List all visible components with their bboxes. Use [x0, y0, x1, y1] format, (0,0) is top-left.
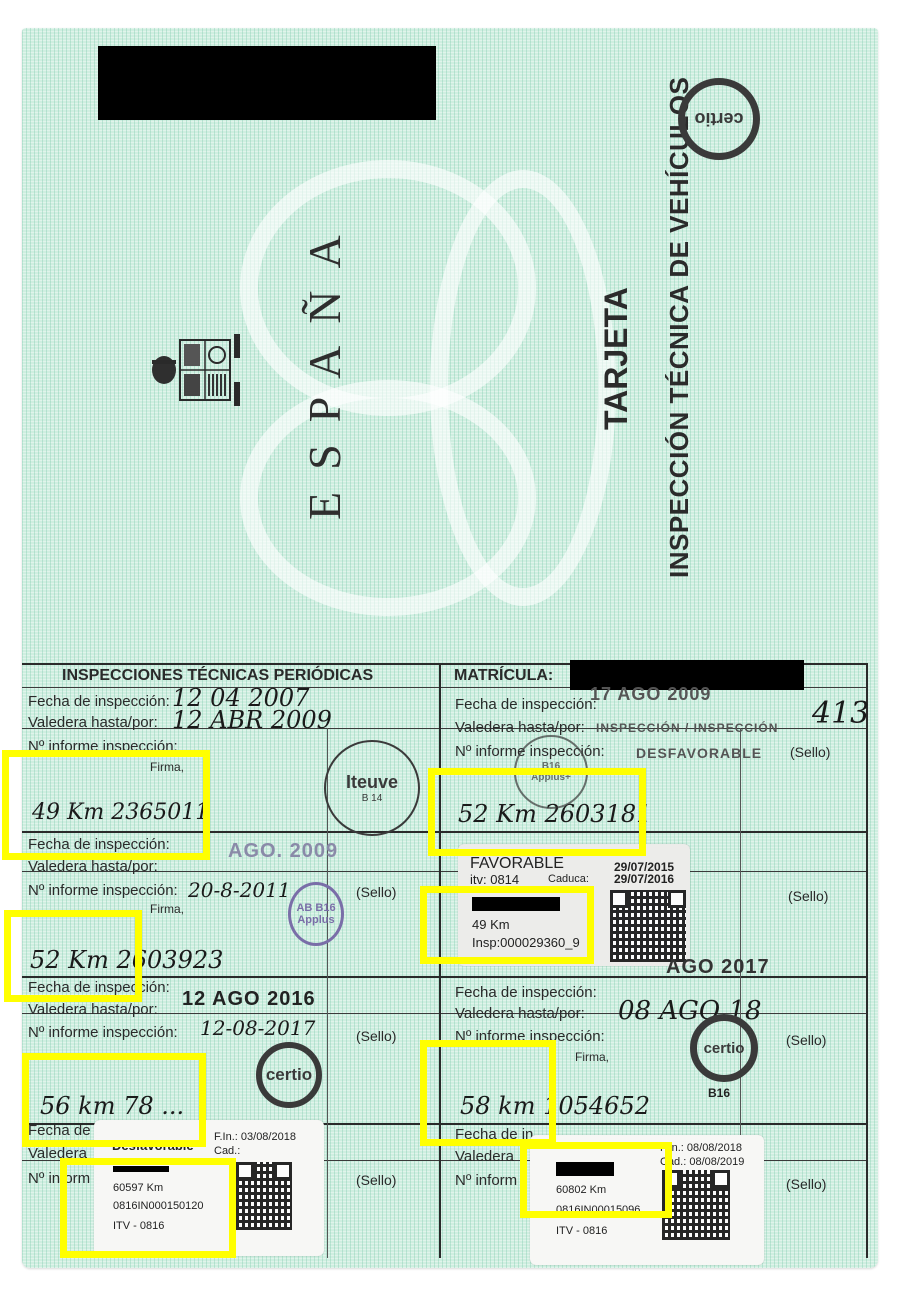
- label-sello: (Sello): [356, 1172, 396, 1188]
- stamp-code: B16: [708, 1086, 730, 1100]
- iteuve-stamp-label: Iteuve: [346, 772, 398, 793]
- certio-stamp-label: certio: [266, 1065, 312, 1085]
- highlight-box: [428, 768, 646, 856]
- sticker-itv: ITV - 0816: [556, 1225, 607, 1237]
- handwritten-informe: 20-8-2011: [188, 878, 291, 902]
- stamped-fecha: AGO. 2009: [228, 840, 338, 863]
- stamped-fecha: 17 AGO 2009: [590, 684, 711, 705]
- label-valedera: Valedera hasta/por:: [28, 1001, 158, 1018]
- label-informe: Nº informe inspección:: [28, 1024, 178, 1041]
- label-firma: Firma,: [575, 1050, 609, 1064]
- highlight-box: [2, 750, 210, 860]
- label-valedera-truncated: Valedera: [455, 1148, 514, 1165]
- sticker-caduca: 29/07/2016: [614, 872, 674, 886]
- label-sello: (Sello): [786, 1032, 826, 1048]
- handwritten-valedera: 12 ABR 2009: [172, 706, 332, 734]
- sticker-f-in: F.In.: 03/08/2018: [214, 1131, 296, 1143]
- label-firma: Firma,: [150, 902, 184, 916]
- handwritten-informe: 12-08-2017: [200, 1016, 315, 1040]
- certio-stamp: certio: [256, 1042, 322, 1108]
- sticker-cad: Cad.:: [214, 1145, 240, 1157]
- label-sello: (Sello): [356, 1028, 396, 1044]
- certio-stamp-label: certio: [694, 109, 743, 130]
- stamped-valedera: INSPECCIÓN / INSPECCIÓN: [596, 721, 778, 735]
- card-word: TARJETA: [598, 287, 635, 430]
- qr-code: [662, 1170, 730, 1240]
- highlight-box: [4, 910, 142, 1002]
- highlight-box: [22, 1053, 206, 1147]
- stamped-fecha: 12 AGO 2016: [182, 988, 316, 1011]
- label-valedera: Valedera hasta/por:: [455, 1005, 585, 1022]
- label-fecha: Fecha de inspección:: [28, 693, 170, 710]
- certio-stamp-label: certio: [704, 1040, 745, 1057]
- stamped-date: AGO 2017: [666, 956, 770, 979]
- highlight-box: [420, 886, 594, 964]
- country-title: ESPAÑA: [298, 213, 351, 520]
- left-header: INSPECCIONES TÉCNICAS PERIÓDICAS: [62, 667, 373, 685]
- qr-code: [610, 890, 686, 962]
- label-valedera: Valedera hasta/por:: [28, 858, 158, 875]
- stamped-result: DESFAVORABLE: [636, 745, 762, 761]
- label-sello: (Sello): [788, 888, 828, 904]
- spain-coat-of-arms-icon: [150, 330, 242, 410]
- watermark-crown: [430, 170, 616, 606]
- certio-stamp-top: certio: [678, 78, 760, 160]
- label-sello: (Sello): [790, 744, 830, 760]
- ab-stamp-label: AB B16 Applus: [291, 902, 341, 926]
- iteuve-stamp-code: B 14: [362, 793, 383, 804]
- sticker-caduca-label: Caduca:: [548, 873, 589, 885]
- label-fecha: Fecha de inspección:: [455, 696, 597, 713]
- highlight-box: [60, 1158, 236, 1258]
- redaction-top: [98, 46, 436, 120]
- qr-code: [236, 1162, 292, 1230]
- label-valedera: Valedera hasta/por:: [455, 719, 585, 736]
- card-title: INSPECCIÓN TÉCNICA DE VEHÍCULOS: [664, 77, 695, 578]
- label-valedera: Valedera hasta/por:: [28, 714, 158, 731]
- ab-applus-stamp: AB B16 Applus: [288, 882, 344, 946]
- label-sello: (Sello): [356, 884, 396, 900]
- sticker-cad: Cad.: 08/08/2019: [660, 1156, 744, 1168]
- right-header: MATRÍCULA:: [454, 667, 553, 685]
- certio-stamp: certio: [690, 1014, 758, 1082]
- sticker-itv: itv: 0814: [470, 872, 519, 887]
- sticker-f-in: F.In.: 08/08/2018: [660, 1142, 742, 1154]
- handwritten-note: 413: [812, 696, 869, 731]
- label-fecha: Fecha de inspección:: [455, 984, 597, 1001]
- iteuve-stamp: Iteuve B 14: [324, 740, 420, 836]
- label-sello: (Sello): [786, 1176, 826, 1192]
- highlight-box: [420, 1040, 556, 1146]
- highlight-box: [520, 1142, 672, 1218]
- label-informe: Nº informe inspección:: [28, 882, 178, 899]
- label-informe-truncated: Nº inform: [455, 1172, 517, 1189]
- sticker-result: FAVORABLE: [470, 855, 564, 873]
